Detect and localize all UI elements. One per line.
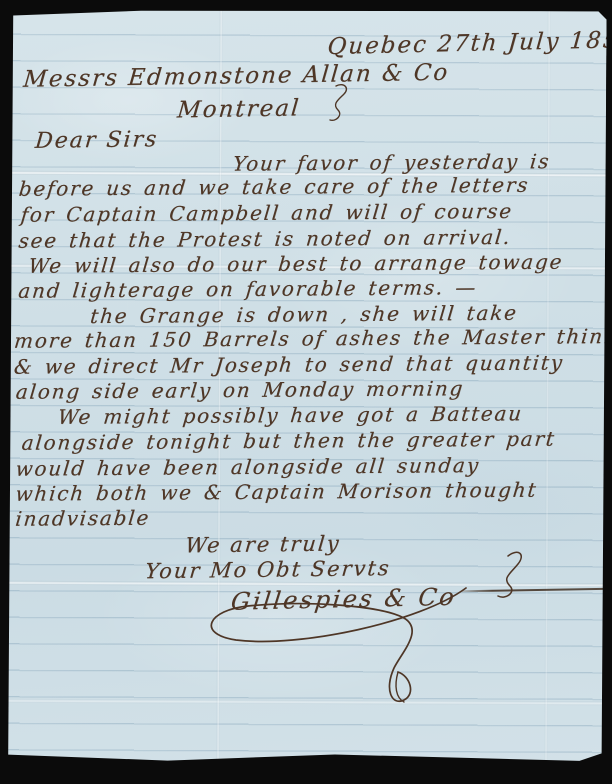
body-line: alongside tonight but then the greater p… bbox=[21, 427, 557, 455]
body-line: Your favor of yesterday is bbox=[232, 149, 552, 176]
body-line: see that the Protest is noted on arrival… bbox=[17, 225, 512, 253]
closing-line: Your Mo Obt Servts bbox=[144, 556, 392, 583]
body-line: the Grange is down , she will take bbox=[89, 301, 519, 328]
body-line: for Captain Campbell and will of course bbox=[20, 199, 515, 227]
signature: Gillespies & Co bbox=[229, 583, 457, 616]
body-line: We will also do our best to arrange towa… bbox=[27, 250, 564, 278]
body-line: more than 150 Barrels of ashes the Maste… bbox=[13, 324, 612, 353]
closing-line: We are truly bbox=[184, 531, 341, 557]
body-line: which both we & Captain Morison thought bbox=[14, 478, 538, 506]
body-line: We might possibly have got a Batteau bbox=[57, 401, 524, 429]
body-line: along side early on Monday morning bbox=[15, 376, 466, 404]
salutation: Dear Sirs bbox=[34, 127, 159, 154]
body-line: & we direct Mr Joseph to send that quant… bbox=[13, 350, 565, 378]
body-line: inadvisable bbox=[14, 506, 151, 531]
body-line: and lighterage on favorable terms. — bbox=[17, 275, 478, 303]
body-line: before us and we take care of the letter… bbox=[18, 173, 531, 201]
recipient-city: Montreal bbox=[176, 95, 301, 123]
letter-paper: Quebec 27th July 1850 Messrs Edmonstone … bbox=[6, 9, 606, 770]
body-line: would have been alongside all sunday bbox=[14, 453, 481, 481]
scanned-letter: Quebec 27th July 1850 Messrs Edmonstone … bbox=[0, 0, 612, 784]
